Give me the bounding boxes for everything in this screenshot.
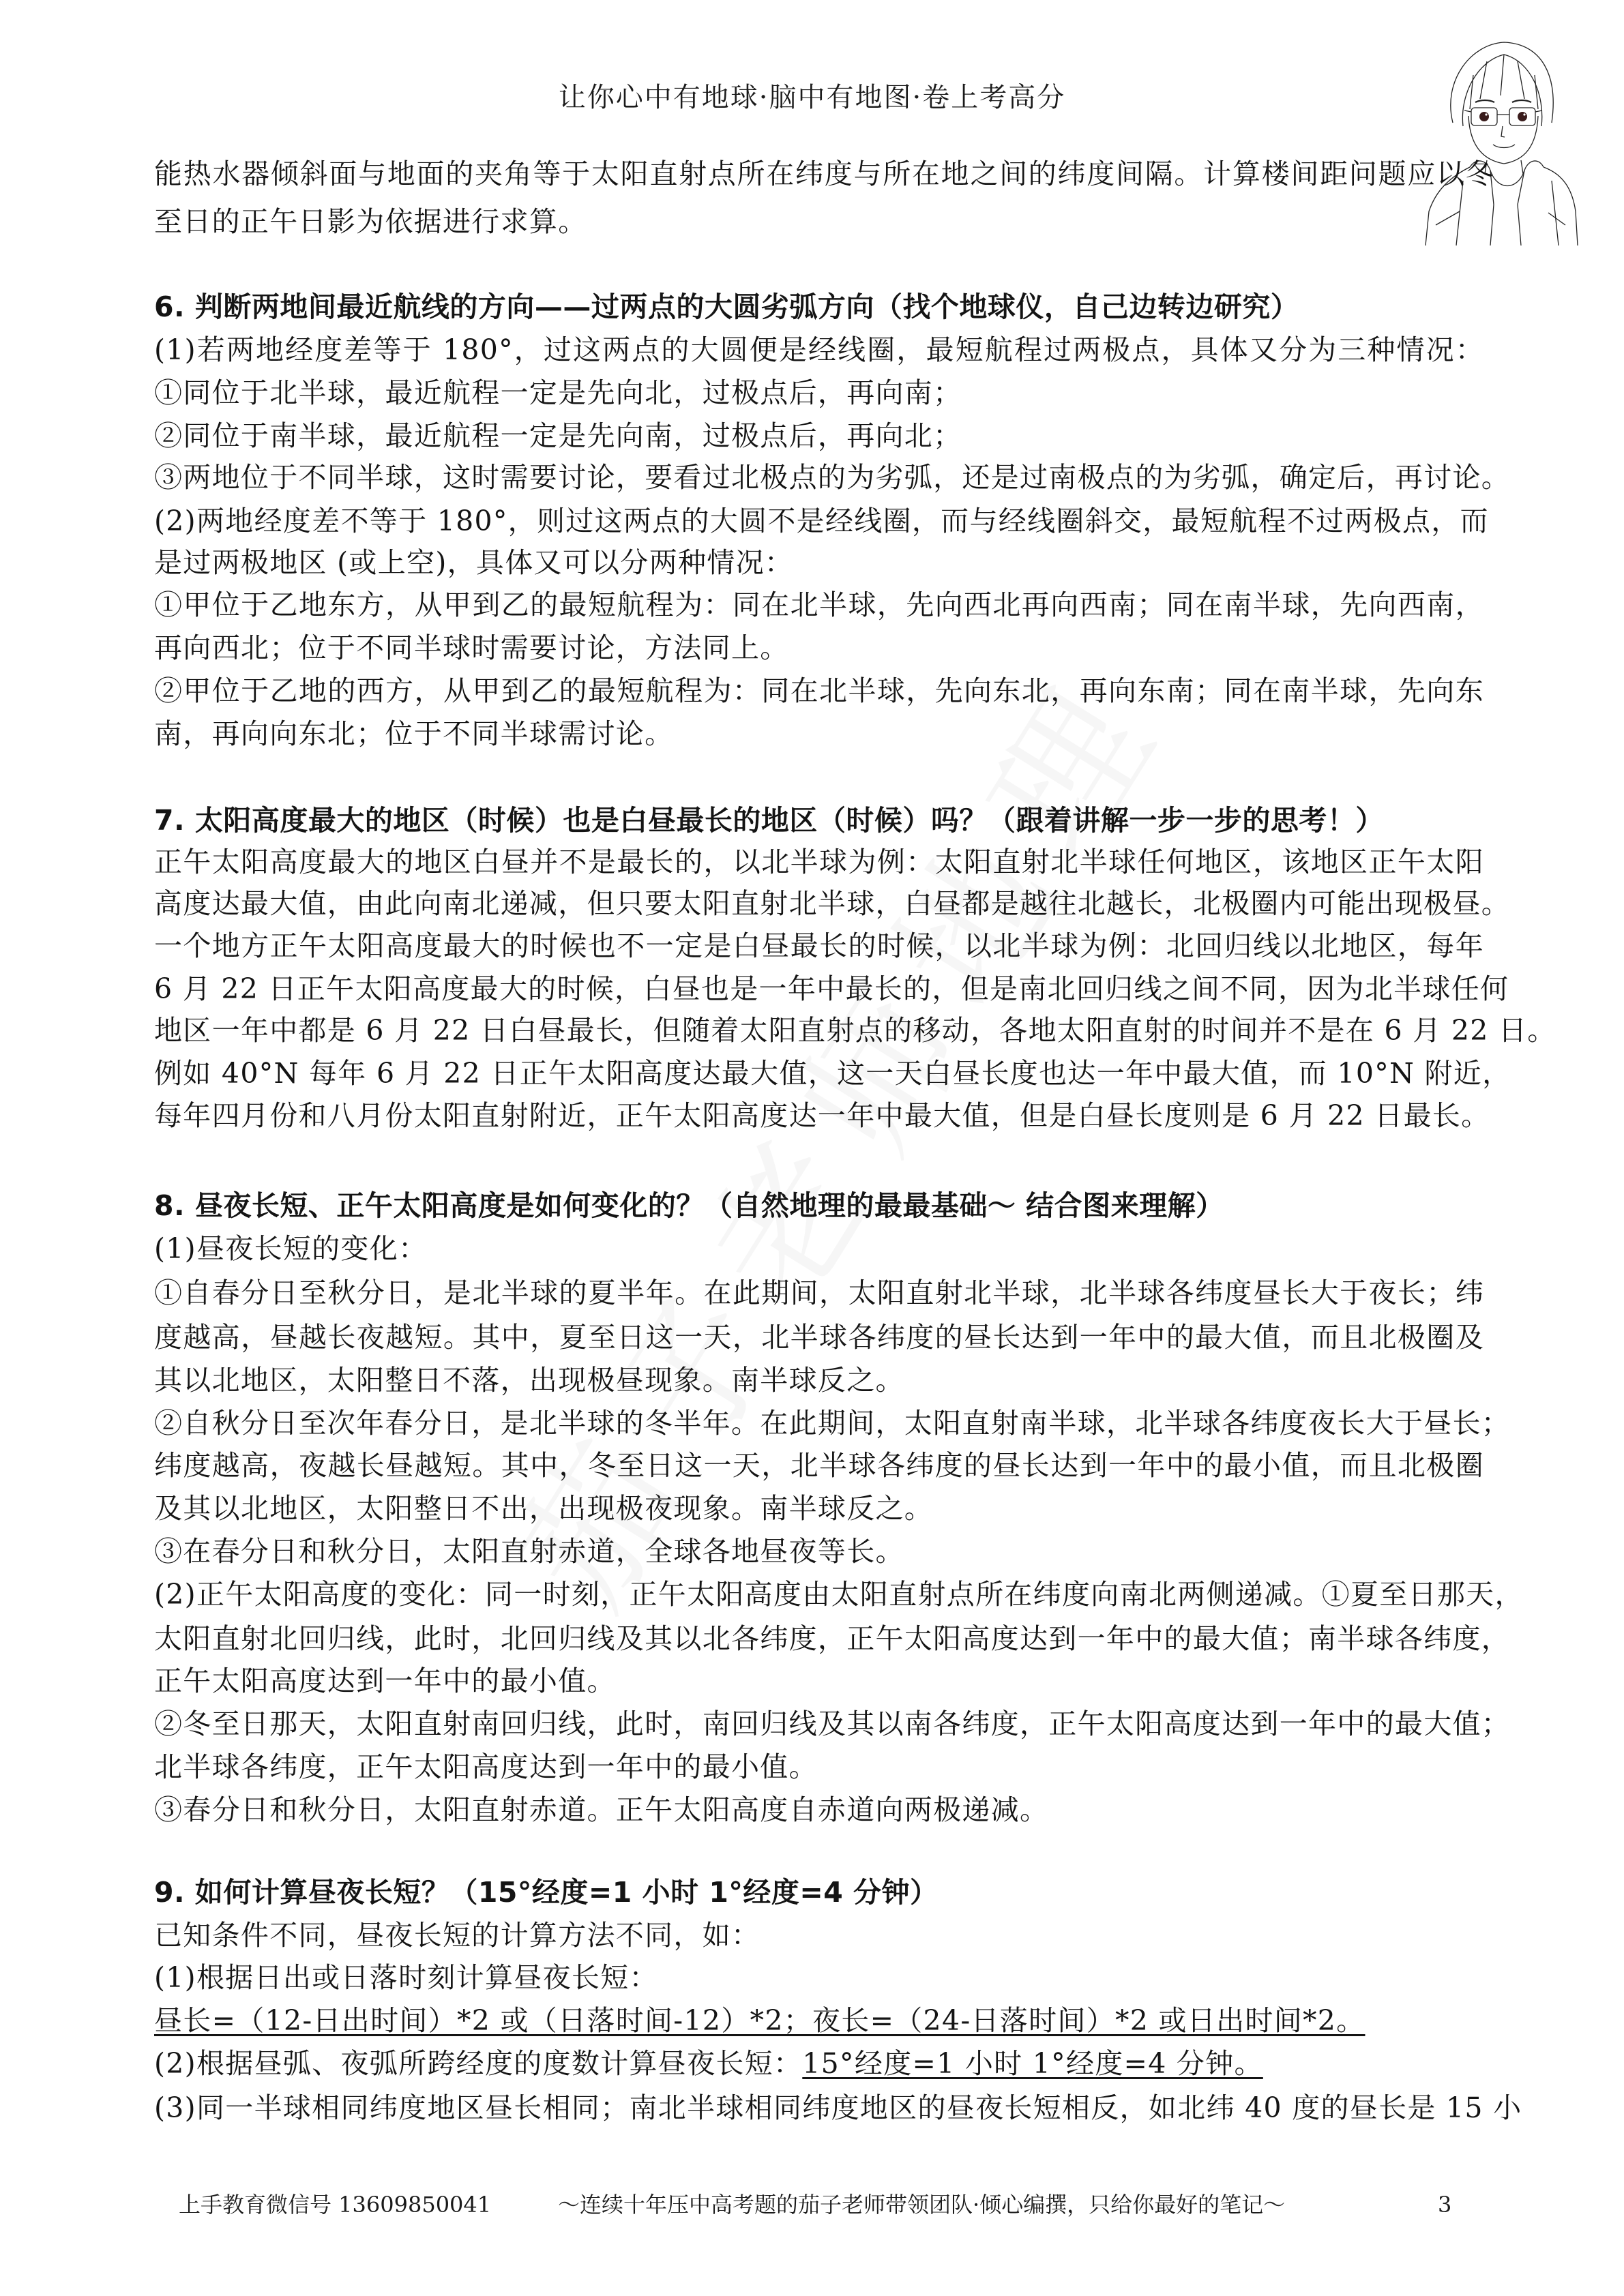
section-6-line: 再向西北；位于不同半球时需要讨论，方法同上。: [154, 631, 1484, 665]
intro-line: 至日的正午日影为依据进行求算。: [154, 205, 1484, 239]
section-8-line: ①自春分日至秋分日，是北半球的夏半年。在此期间，太阳直射北半球，北半球各纬度昼长…: [154, 1276, 1484, 1310]
section-9-line: 已知条件不同，昼夜长短的计算方法不同，如：: [154, 1918, 1484, 1952]
section-6-heading: 6. 判断两地间最近航线的方向——过两点的大圆劣弧方向（找个地球仪，自己边转边研…: [154, 290, 1484, 324]
section-6-line: ②甲位于乙地的西方，从甲到乙的最短航程为：同在北半球，先向东北，再向东南；同在南…: [154, 674, 1484, 708]
section-8-line: 北半球各纬度，正午太阳高度达到一年中的最小值。: [154, 1750, 1484, 1784]
section-8-line: ②冬至日那天，太阳直射南回归线，此时，南回归线及其以南各纬度，正午太阳高度达到一…: [154, 1707, 1484, 1741]
section-7-heading: 7. 太阳高度最大的地区（时候）也是白昼最长的地区（时候）吗？（跟着讲解一步一步…: [154, 803, 1484, 837]
section-9-formula: 昼长=（12-日出时间）*2 或（日落时间-12）*2；夜长=（24-日落时间）…: [154, 2003, 1484, 2038]
section-8-line: 纬度越高，夜越长昼越短。其中，冬至日这一天，北半球各纬度的昼长达到一年中的最小值…: [154, 1448, 1484, 1482]
section-6-line: ②同位于南半球，最近航程一定是先向南，过极点后，再向北；: [154, 419, 1484, 453]
section-8-line: ②自秋分日至次年春分日，是北半球的冬半年。在此期间，太阳直射南半球，北半球各纬度…: [154, 1406, 1484, 1440]
section-6-line: ①同位于北半球，最近航程一定是先向北，过极点后，再向南；: [154, 376, 1484, 410]
footer-slogan: ～连续十年压中高考题的茄子老师带领团队·倾心编撰，只给你最好的笔记～: [558, 2191, 1285, 2218]
section-6-line: (1)若两地经度差等于 180°，过这两点的大圆便是经线圈，最短航程过两极点，具…: [154, 333, 1484, 367]
section-8-line: 正午太阳高度达到一年中的最小值。: [154, 1664, 1484, 1698]
section-8-line: 其以北地区，太阳整日不落，出现极昼现象。南半球反之。: [154, 1363, 1484, 1397]
section-9-line: (1)根据日出或日落时刻计算昼夜长短：: [154, 1960, 1484, 1995]
section-8-line: ③在春分日和秋分日，太阳直射赤道，全球各地昼夜等长。: [154, 1534, 1484, 1568]
section-7-line: 6 月 22 日正午太阳高度最大的时候，白昼也是一年中最长的，但是南北回归线之间…: [154, 972, 1484, 1006]
section-6-line: (2)两地经度差不等于 180°，则过这两点的大圆不是经线圈，而与经线圈斜交，最…: [154, 504, 1484, 538]
section-6-line: ①甲位于乙地东方，从甲到乙的最短航程为：同在北半球，先向西北再向西南；同在南半球…: [154, 588, 1484, 622]
longitude-time-rule: 15°经度=1 小时 1°经度=4 分钟。: [802, 2047, 1263, 2080]
section-8-line: ③春分日和秋分日，太阳直射赤道。正午太阳高度自赤道向两极递减。: [154, 1793, 1484, 1827]
footer-page-number: 3: [1438, 2191, 1451, 2218]
section-7-line: 地区一年中都是 6 月 22 日白昼最长，但随着太阳直射点的移动，各地太阳直射的…: [154, 1013, 1484, 1047]
section-6-line: 南，再向向东北；位于不同半球需讨论。: [154, 717, 1484, 751]
section-8-line: (1)昼夜长短的变化：: [154, 1232, 1484, 1266]
section-6-line: ③两地位于不同半球，这时需要讨论，要看过北极点的为劣弧，还是过南极点的为劣弧，确…: [154, 460, 1484, 494]
section-7-line: 一个地方正午太阳高度最大的时候也不一定是白昼最长的时候，以北半球为例：北回归线以…: [154, 929, 1484, 963]
section-7-line: 正午太阳高度最大的地区白昼并不是最长的，以北半球为例：太阳直射北半球任何地区，该…: [154, 845, 1484, 879]
page-header-title: 让你心中有地球·脑中有地图·卷上考高分: [0, 80, 1624, 115]
document-page: 茄子老师地理 让你心中有地球·脑中有地图·卷上考高分 能热水器倾斜面与地面的夹: [0, 0, 1624, 2296]
section-9-line: (2)根据昼弧、夜弧所跨经度的度数计算昼夜长短：15°经度=1 小时 1°经度=…: [154, 2046, 1484, 2081]
section-8-heading: 8. 昼夜长短、正午太阳高度是如何变化的？（自然地理的最最基础～ 结合图来理解）: [154, 1189, 1484, 1223]
section-9-line-prefix: (2)根据昼弧、夜弧所跨经度的度数计算昼夜长短：: [154, 2047, 802, 2080]
section-7-line: 例如 40°N 每年 6 月 22 日正午太阳高度达最大值，这一天白昼长度也达一…: [154, 1056, 1484, 1090]
daylength-formula: 昼长=（12-日出时间）*2 或（日落时间-12）*2；夜长=（24-日落时间）…: [154, 2004, 1365, 2037]
section-8-line: 度越高，昼越长夜越短。其中，夏至日这一天，北半球各纬度的昼长达到一年中的最大值，…: [154, 1320, 1484, 1354]
section-8-line: 太阳直射北回归线，此时，北回归线及其以北各纬度，正午太阳高度达到一年中的最大值；…: [154, 1622, 1484, 1656]
section-9-line: (3)同一半球相同纬度地区昼长相同；南北半球相同纬度地区的昼夜长短相反，如北纬 …: [154, 2091, 1484, 2125]
section-9-heading: 9. 如何计算昼夜长短？（15°经度=1 小时 1°经度=4 分钟）: [154, 1875, 1484, 1909]
section-8-line: 及其以北地区，太阳整日不出，出现极夜现象。南半球反之。: [154, 1491, 1484, 1525]
footer-contact: 上手教育微信号 13609850041: [179, 2191, 491, 2218]
section-6-line: 是过两极地区 (或上空)，具体又可以分两种情况：: [154, 546, 1484, 580]
section-7-line: 高度达最大值，由此向南北递减，但只要太阳直射北半球，白昼都是越往北越长，北极圈内…: [154, 886, 1484, 921]
section-8-line: (2)正午太阳高度的变化：同一时刻，正午太阳高度由太阳直射点所在纬度向南北两侧递…: [154, 1577, 1484, 1611]
intro-line: 能热水器倾斜面与地面的夹角等于太阳直射点所在纬度与所在地之间的纬度间隔。计算楼间…: [154, 157, 1494, 191]
section-7-line: 每年四月份和八月份太阳直射附近，正午太阳高度达一年中最大值，但是白昼长度则是 6…: [154, 1099, 1484, 1133]
